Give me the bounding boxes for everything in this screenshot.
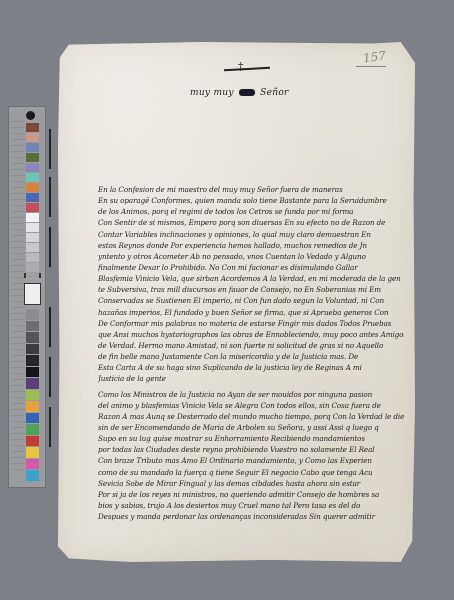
manuscript-line: En su oparagē Conformes, quien manda sol…	[98, 195, 404, 206]
color-patch	[26, 153, 39, 162]
scale-rule	[49, 307, 51, 347]
scale-rule	[49, 227, 51, 267]
salutation: muy muy Señor	[190, 88, 289, 98]
manuscript-line: Esta Carta A de su haga sino Suplicando …	[98, 362, 404, 373]
color-patch	[26, 263, 39, 272]
color-patch	[26, 355, 39, 366]
color-patch	[26, 367, 39, 378]
color-patch	[26, 183, 39, 192]
manuscript-line: Supo en su lug quise mostrar su Enhorram…	[98, 433, 404, 444]
color-patch	[26, 413, 39, 424]
manuscript-line: sin de ser Encomendando de Maria de Arbo…	[98, 422, 404, 433]
color-calibration-strip	[8, 106, 46, 488]
color-patch	[26, 424, 39, 435]
color-patch	[26, 447, 39, 458]
manuscript-line: de fin belle mano Justamente Con la mise…	[98, 351, 404, 362]
color-patch	[26, 344, 39, 355]
color-patch	[26, 123, 39, 132]
color-patch	[26, 332, 39, 343]
manuscript-line: Por si ja de los reyes ni ministros, no …	[98, 489, 404, 500]
manuscript-line: Como los Ministros de la Justicia no Aya…	[98, 389, 404, 400]
manuscript-line: yntento y otros Acometer Ab no pensado, …	[98, 251, 404, 262]
scale-rule	[49, 129, 51, 169]
manuscript-line: En la Confesion de mi maestro del muy mu…	[98, 184, 404, 195]
color-patch	[26, 163, 39, 172]
color-patch	[26, 390, 39, 401]
cross-mark: †	[238, 60, 244, 73]
manuscript-line: del animo y blasfemias Vinicio Vela se A…	[98, 400, 404, 411]
color-patch	[26, 401, 39, 412]
color-patch	[26, 223, 39, 232]
salutation-prefix: muy muy	[190, 88, 234, 98]
manuscript-line: Con Sentir de si mismos, Empero porq son…	[98, 217, 404, 228]
color-patch	[26, 203, 39, 212]
manuscript-line: Conservadas se Sustienen El imperio, ni …	[98, 295, 404, 306]
color-patch	[26, 173, 39, 182]
color-patch	[26, 378, 39, 389]
salutation-title: Señor	[260, 88, 289, 98]
scale-rule	[49, 407, 51, 447]
color-patch	[26, 470, 39, 481]
color-patch	[26, 273, 39, 282]
manuscript-line: Con braze Tributo mas Amo El Ordinario m…	[98, 455, 404, 466]
color-patch	[26, 233, 39, 242]
letter-body: En la Confesion de mi maestro del muy mu…	[98, 184, 404, 522]
manuscript-line: finalmente Dexar lo Prohibido. No Con mi…	[98, 262, 404, 273]
color-patch	[26, 459, 39, 470]
manuscript-line: De Conformar mis palabras no materia de …	[98, 318, 404, 329]
color-patch	[26, 436, 39, 447]
manuscript-line: Justicia de la gente	[98, 373, 404, 384]
manuscript-line: Sevicia Sobe de Mirar Fingual y las dema…	[98, 478, 404, 489]
folio-underline	[356, 66, 386, 67]
manuscript-line: Despues y manda perdonar las ordenanças …	[98, 511, 404, 522]
manuscript-line: de Verdad. Hermo mano Amistad, ni son fu…	[98, 340, 404, 351]
color-patch	[26, 309, 39, 320]
scale-ticks	[11, 121, 25, 473]
manuscript-page: 157 † muy muy Señor En la Confesion de m…	[58, 42, 415, 562]
scale-rule	[49, 357, 51, 397]
manuscript-line: de los Animos, porq el regimi de todos l…	[98, 206, 404, 217]
color-patch	[26, 243, 39, 252]
manuscript-line: como de su mandado la fuerça q tiene Seg…	[98, 467, 404, 478]
manuscript-line: por todas las Ciudades deste reyno prohi…	[98, 444, 404, 455]
ink-blot	[239, 89, 255, 96]
manuscript-line: bios y sabios, trujo A los desiertos muy…	[98, 500, 404, 511]
registration-dot-top	[26, 111, 35, 120]
color-patch	[26, 321, 39, 332]
manuscript-line: te Subversiva, tras mill discursos en fa…	[98, 284, 404, 295]
color-patch	[26, 193, 39, 202]
strip-label	[24, 283, 41, 305]
scale-rule	[49, 177, 51, 217]
manuscript-line: Razon A mas Aunq se Desterrado del mundo…	[98, 411, 404, 422]
manuscript-line: Contar Variables inclinaciones y opinion…	[98, 229, 404, 240]
color-patch	[26, 133, 39, 142]
manuscript-line: que Ansi muchos hystoriographos las obra…	[98, 329, 404, 340]
color-patch	[26, 143, 39, 152]
manuscript-line: estos Reynos donde Por experiencia hemos…	[98, 240, 404, 251]
manuscript-line: Blasfemia Vinicio Vela, que sirban Acord…	[98, 273, 404, 284]
manuscript-line: hazañas imperios, El fundado y buen Seño…	[98, 307, 404, 318]
color-patch	[26, 253, 39, 262]
color-patch	[26, 213, 39, 222]
